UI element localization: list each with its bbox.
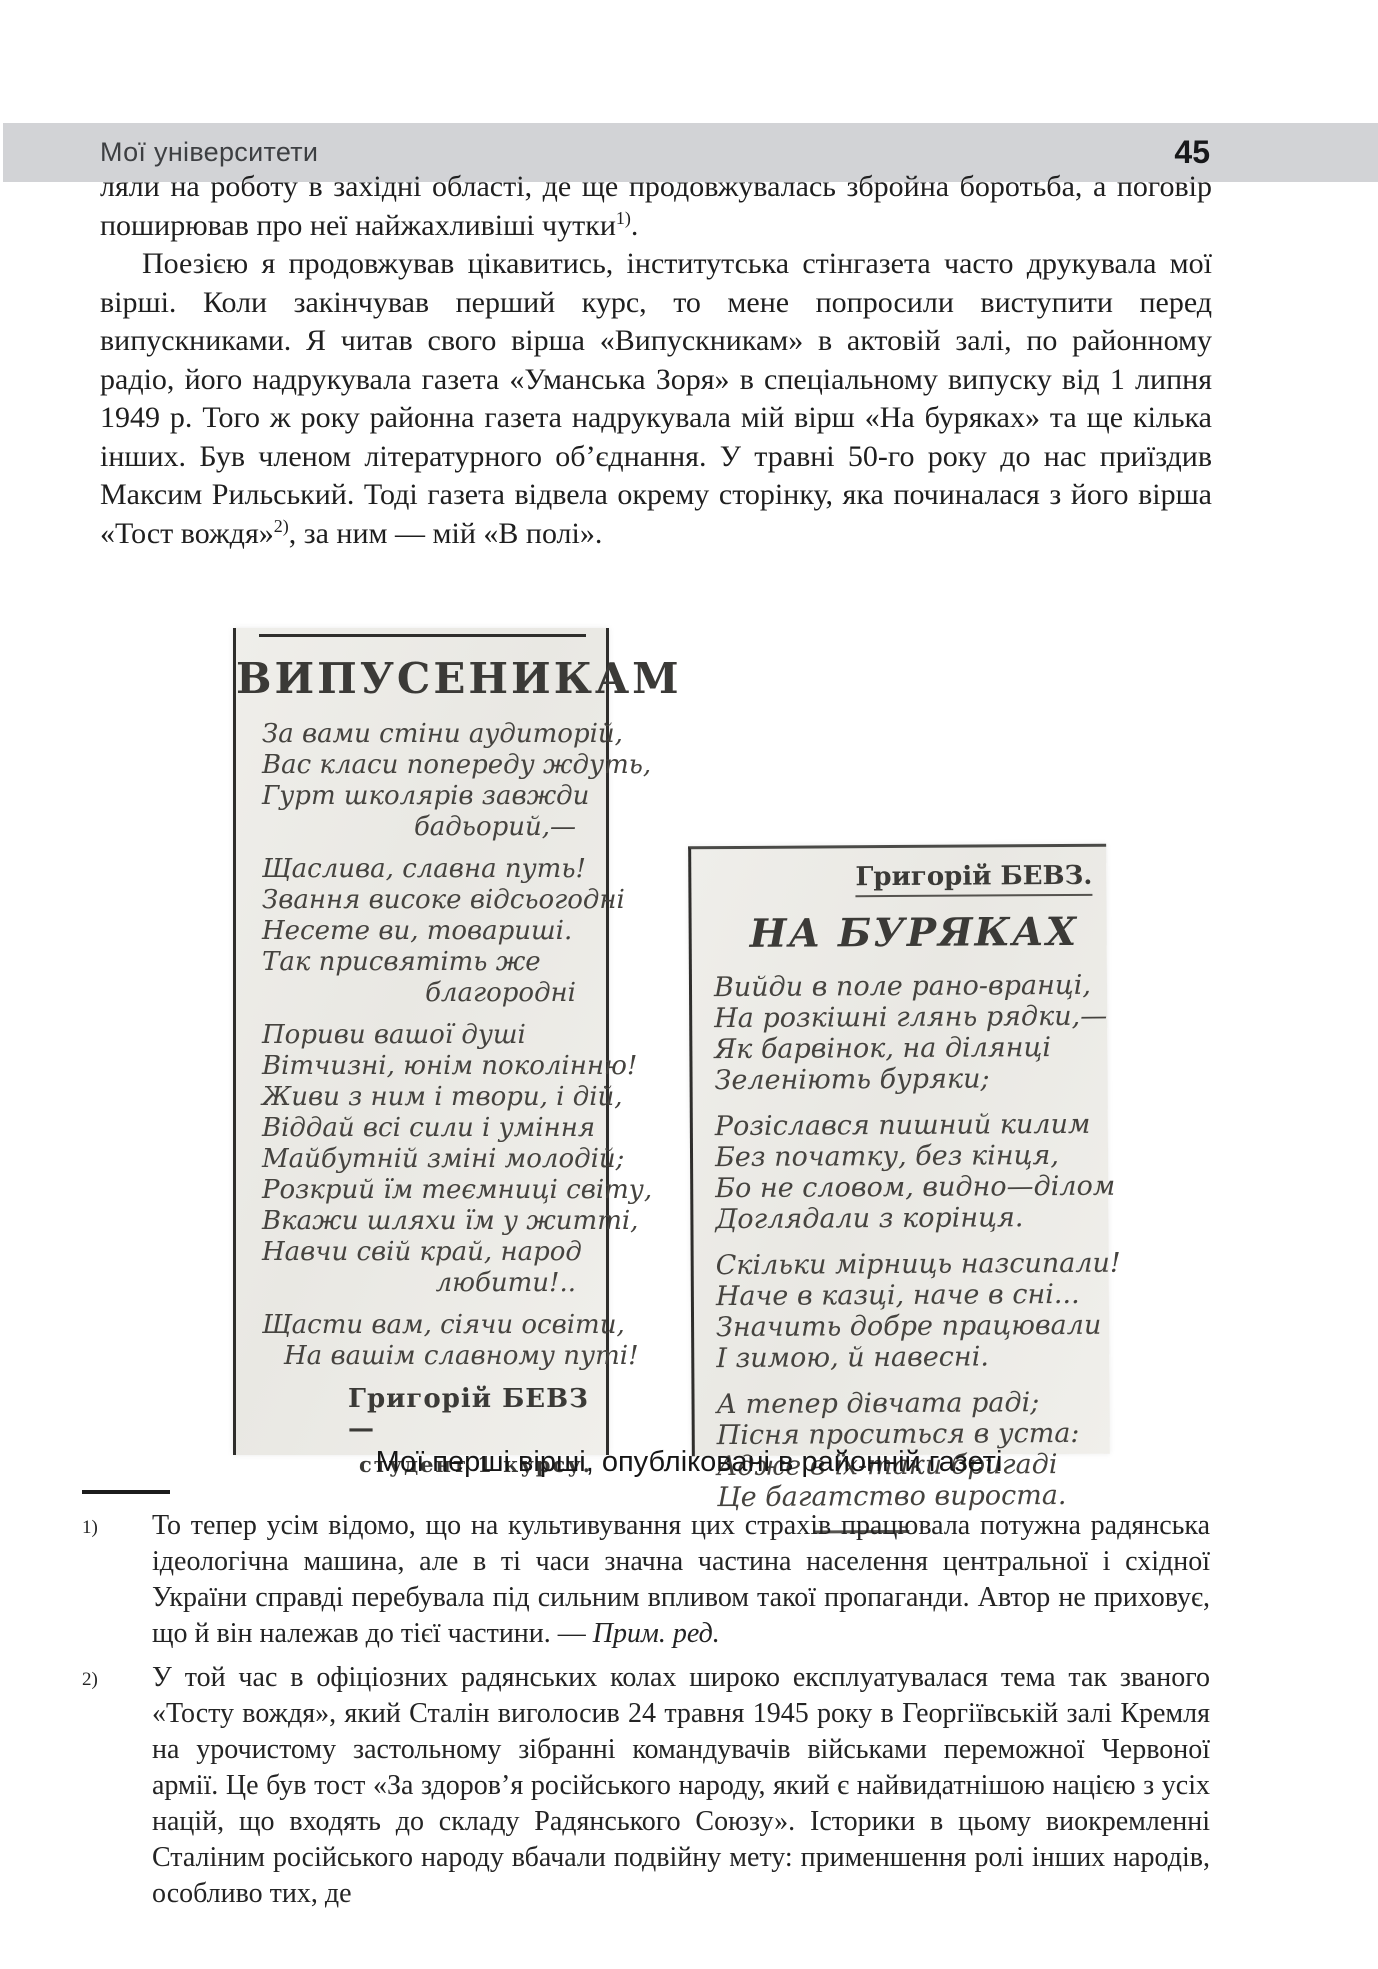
clipping-signature: Григорій БЕВЗ— [348,1384,606,1444]
paragraph-tail: . [631,209,639,242]
paragraph-tail: , за ним — мій «В полі». [289,517,603,550]
poem-stanza: Вийди в поле рано-вранці, На розкішні гл… [714,970,1098,1096]
poem-line: І зимою, й навесні. [716,1341,1099,1374]
poem-line: Розіслався пишний килим [715,1109,1098,1142]
poem-line: Без початку, без кінця, [715,1140,1098,1173]
poem-line: Зеленіють буряки; [714,1063,1097,1096]
footnote-text-emphasis: Прим. ред. [593,1618,720,1649]
body-paragraph-1: ляли на роботу в західні області, де ще … [100,168,1212,245]
poem-line: А тепер дівчата раді; [716,1387,1099,1420]
newspaper-clipping-left: ВИПУСЕНИКАМ За вами стіни аудиторій, Вас… [233,628,609,1455]
footnote-text: То тепер усім відомо, що на культивуванн… [152,1508,1210,1652]
clipping-top-rule [259,634,586,637]
poem-line: Вітчизні, юнім поколінню! [262,1051,590,1082]
poem-line: благородні [262,978,590,1009]
clipping-right-title: НА БУРЯКАХ [750,909,1107,957]
poem-line: Значить добре працювали [716,1310,1099,1343]
footnote-1: 1) То тепер усім відомо, що на культивув… [82,1508,1210,1652]
poem-line: На розкішні глянь рядки,— [714,1001,1097,1034]
footnote-separator [82,1490,170,1494]
poem-line: Вкажи шляхи їм у житті, [262,1206,590,1237]
figure-caption: Мої перші вірші, опубліковані в районній… [0,1446,1378,1479]
poem-line: Бо не словом, видно—ділом [715,1171,1098,1204]
poem-line: бадьорий,— [262,812,590,843]
clipping-byline-text: Григорій БЕВЗ. [855,861,1092,897]
paragraph-text: Поезією я продовжував цікавитись, інстит… [100,247,1212,550]
poem-line: За вами стіни аудиторій, [262,719,590,750]
footnotes: 1) То тепер усім відомо, що на культивув… [82,1490,1210,1912]
poem-stanza: Розіслався пишний килим Без початку, без… [715,1109,1099,1235]
poem-line: Пориви вашої душі [262,1020,590,1051]
poem-line: Вийди в поле рано-вранці, [714,970,1097,1003]
clipping-left-title: ВИПУСЕНИКАМ [236,654,606,703]
newspaper-clippings-figure: ВИПУСЕНИКАМ За вами стіни аудиторій, Вас… [0,628,1378,1508]
poem-line: Навчи свій край, народ [262,1237,590,1268]
poem-line: любити!.. [262,1268,590,1299]
newspaper-clipping-right: Григорій БЕВЗ. НА БУРЯКАХ Вийди в поле р… [688,844,1110,1457]
poem-line: Майбутній зміні молодій; [262,1144,590,1175]
running-head-title: Мої університети [100,137,318,168]
footnote-ref-2: 2) [274,516,289,536]
poem-line: Так присвятіть же [262,947,590,978]
body-text: ляли на роботу в західні області, де ще … [100,168,1212,553]
footnote-ref-1: 1) [616,208,631,228]
poem-line: Живи з ним і твори, і дій, [262,1082,590,1113]
poem-line: Доглядали з корінця. [715,1202,1098,1235]
footnote-2: 2) У той час в офіціозних радянських кол… [82,1660,1210,1912]
poem-stanza: Скільки мірниць назсипали! Наче в казці,… [716,1248,1100,1374]
footnote-text: У той час в офіціозних радянських колах … [152,1660,1210,1912]
poem-line: Щаслива, славна путь! [262,854,590,885]
body-paragraph-2: Поезією я продовжував цікавитись, інстит… [100,245,1212,553]
poem-line: Скільки мірниць назсипали! [716,1248,1099,1281]
clipping-byline: Григорій БЕВЗ. [691,861,1092,893]
book-page: Мої університети 45 ляли на роботу в зах… [0,0,1378,1969]
poem-line: Несете ви, товариші. [262,916,590,947]
poem-line: На вашім славному путі! [262,1341,590,1372]
poem-line: Звання високе відсьогодні [262,885,590,916]
poem-right: Вийди в поле рано-вранці, На розкішні гл… [714,970,1100,1513]
poem-line: Щасти вам, сіячи освіти, [262,1310,590,1341]
footnote-text-main: У той час в офіціозних радянських колах … [152,1662,1210,1909]
poem-line: Як барвінок, на ділянці [714,1032,1097,1065]
paragraph-text: ляли на роботу в західні області, де ще … [100,170,1212,242]
poem-line: Наче в казці, наче в сні... [716,1279,1099,1312]
page-number: 45 [1174,134,1210,171]
poem-line: Розкрий їм теємниці світу, [262,1175,590,1206]
footnote-marker: 2) [82,1660,152,1698]
poem-line: Гурт школярів завжди [262,781,590,812]
poem-line: Віддай всі сили і уміння [262,1113,590,1144]
footnote-marker: 1) [82,1508,152,1546]
poem-line: Вас класи попереду ждуть, [262,750,590,781]
poem-left: За вами стіни аудиторій, Вас класи попер… [262,719,590,1372]
